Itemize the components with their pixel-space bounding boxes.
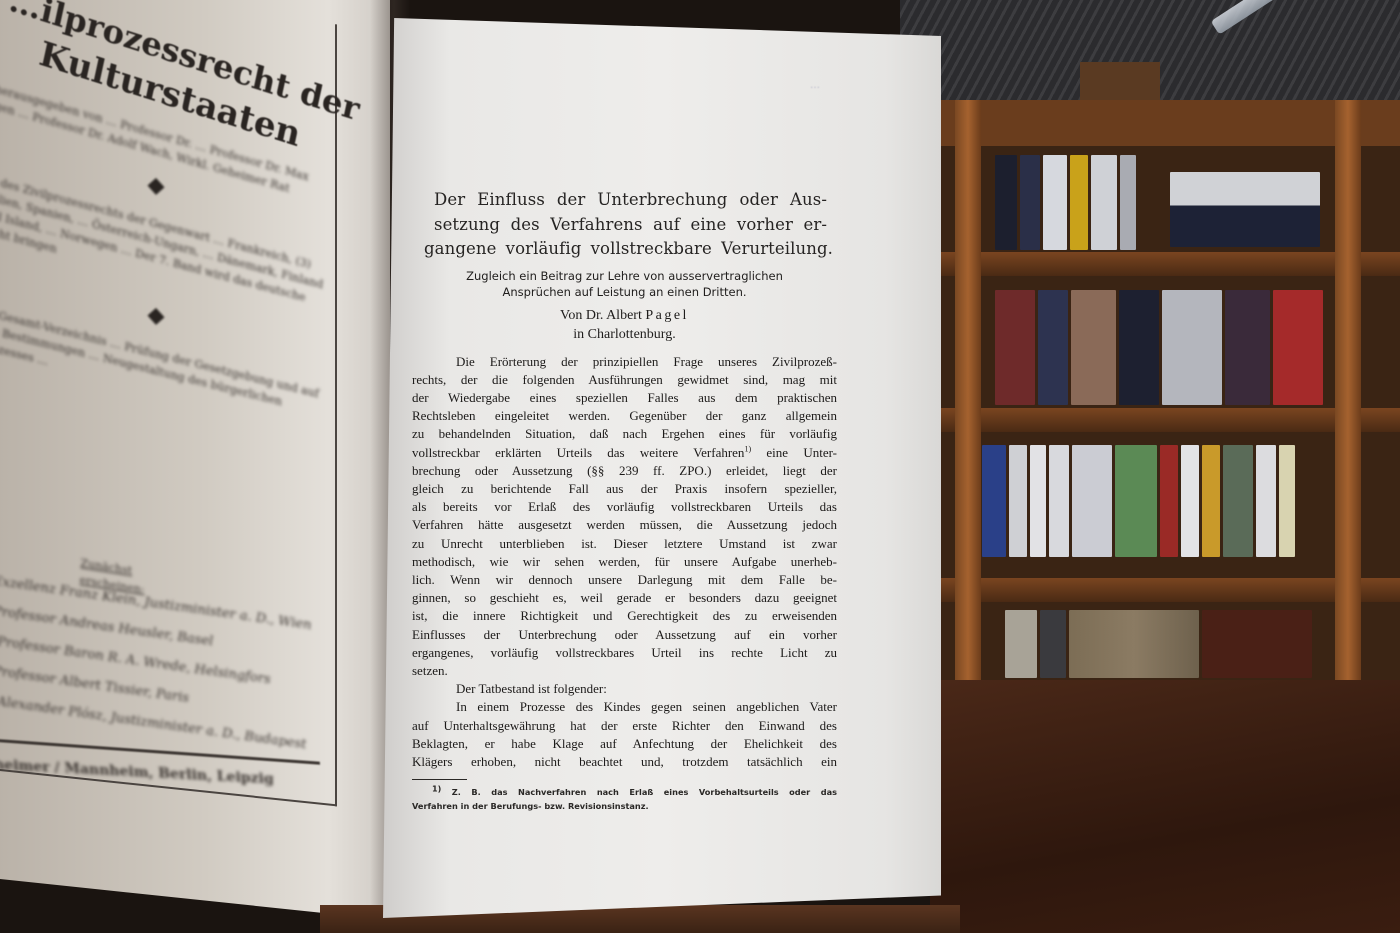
- book-row: [995, 155, 1155, 250]
- body-line: Klägers erhoben, nicht beachtet und, tro…: [412, 753, 837, 771]
- body-line: der Wiedergabe eines speziellen Falles a…: [412, 389, 837, 407]
- footnote-line: 1) Z. B. das Nachverfahren nach Erlaß ei…: [412, 786, 837, 800]
- author-location: in Charlottenburg.: [412, 325, 837, 344]
- article-title: Der Einfluss der Unterbrechung oder Aus-…: [412, 188, 837, 262]
- body-line-text: vollstreckbar erklärten Urteils das weit…: [412, 445, 744, 460]
- body-line: Verfahren hätte ausgesetzt werden müssen…: [412, 516, 837, 534]
- shelf-board: [940, 252, 1400, 276]
- body-line: Einflusses der Unterbrechung oder Ausset…: [412, 626, 837, 644]
- bookshelf-top-rail: [940, 100, 1400, 146]
- body-line: Beklagten, er habe Klage auf Anfechtung …: [412, 735, 837, 753]
- body-line: In einem Prozesse des Kindes gegen seine…: [412, 698, 837, 716]
- body-line: auf Unterhaltsgewährung hat der erste Ri…: [412, 717, 837, 735]
- body-line-text: eine Unter-: [751, 445, 837, 460]
- footnote-marker: 1): [432, 784, 441, 793]
- shelf-post: [955, 100, 981, 690]
- footnote-text: Z. B. das Nachverfahren nach Erlaß eines…: [452, 787, 837, 797]
- body-line: zu Unrecht unterblieben ist. Dieser letz…: [412, 535, 837, 553]
- page-number-showthrough: …: [810, 80, 820, 91]
- title-line: Der Einfluss der Unterbrechung oder Aus-: [434, 188, 827, 213]
- subtitle-line: Zugleich ein Beitrag zur Lehre von ausse…: [412, 268, 837, 284]
- body-line: rechts, der die folgenden Ausführungen g…: [412, 371, 837, 389]
- article-body: Die Erörterung der prinzipiellen Frage u…: [412, 353, 837, 772]
- author-surname: Pagel: [645, 308, 689, 323]
- body-line: ergangenes, vorläufig vollstreckbares Ur…: [412, 644, 837, 662]
- title-line: setzung des Verfahrens auf eine vorher e…: [434, 213, 827, 238]
- book-row: [1170, 172, 1320, 247]
- article-author: Von Dr. Albert Pagel in Charlottenburg.: [412, 306, 837, 344]
- body-line: Der Tatbestand ist folgender:: [412, 680, 837, 698]
- shelf-board: [940, 408, 1400, 432]
- book-row: [1005, 610, 1325, 678]
- body-line: als bereits vor Erlaß des vorläufig voll…: [412, 498, 837, 516]
- body-line: ist, die innere Richtigkeit und Gerechti…: [412, 607, 837, 625]
- body-line: lich. Wenn wir dennoch unsere Darlegung …: [412, 571, 837, 589]
- body-line-with-footnote: vollstreckbar erklärten Urteils das weit…: [412, 444, 837, 462]
- body-line: brechung oder Aussetzung (§§ 239 ff. ZPO…: [412, 462, 837, 480]
- article: Der Einfluss der Unterbrechung oder Aus-…: [412, 188, 837, 813]
- wooden-table: [930, 680, 1400, 933]
- book-row: [995, 290, 1325, 405]
- article-subtitle: Zugleich ein Beitrag zur Lehre von ausse…: [412, 268, 837, 300]
- body-line: setzen.: [412, 662, 837, 680]
- subtitle-line: Ansprüchen auf Leistung an einen Dritten…: [412, 284, 837, 300]
- body-line: Rechtsleben eingeleitet werden. Gegenübe…: [412, 407, 837, 425]
- body-line: ginnen, so geschieht es, weil gerade er …: [412, 589, 837, 607]
- photo-scene: Das …ilprozessrecht der Kulturstaaten …h…: [0, 0, 1400, 933]
- footnote-line: Verfahren in der Berufungs- bzw. Revisio…: [412, 800, 837, 814]
- book-row: [982, 445, 1322, 557]
- footnote-rule: [412, 779, 467, 780]
- left-page: Das …ilprozessrecht der Kulturstaaten …h…: [0, 0, 390, 920]
- shelf-post: [1335, 100, 1361, 690]
- footnote: 1) Z. B. das Nachverfahren nach Erlaß ei…: [412, 786, 837, 813]
- body-line: Die Erörterung der prinzipiellen Frage u…: [412, 353, 837, 371]
- author-prefix: Von Dr. Albert: [560, 308, 645, 323]
- title-line: gangene vorläufig vollstreckbare Verurte…: [424, 237, 833, 262]
- body-line: zu behandelnden Situation, daß nach Erge…: [412, 425, 837, 443]
- shelf-board: [940, 578, 1400, 602]
- body-line: gleich zu berichtende Fall aus der Praxi…: [412, 480, 837, 498]
- left-heading-line: Das: [190, 0, 244, 5]
- body-line: methodisch, wie wir sehen werden, für un…: [412, 553, 837, 571]
